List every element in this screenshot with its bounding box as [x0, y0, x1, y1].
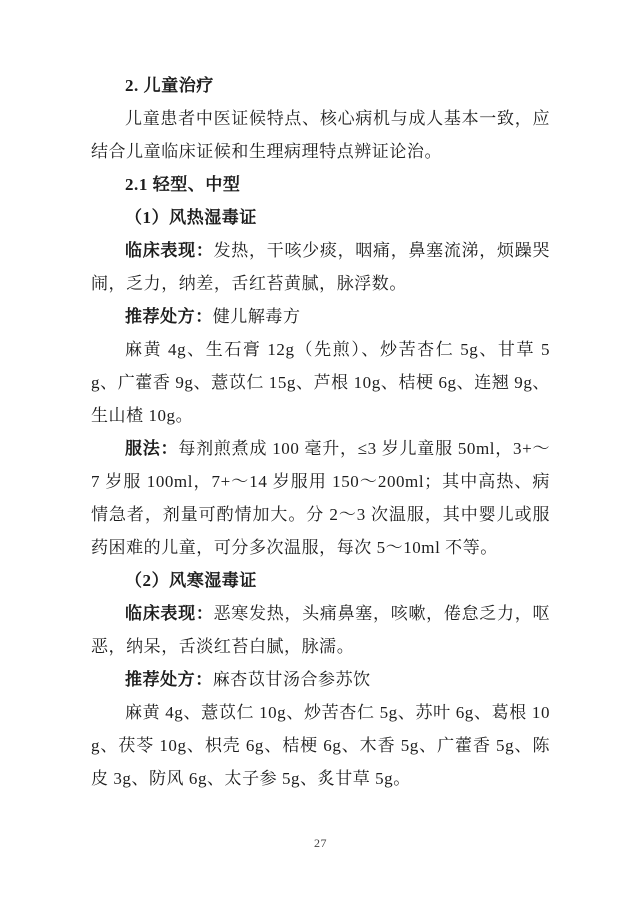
para-recommended-prescription-1: 推荐处方：健儿解毒方: [91, 300, 550, 333]
heading-mild-moderate: 2.1 轻型、中型: [91, 168, 550, 201]
heading-text: （2）风寒湿毒证: [125, 571, 257, 590]
para-lead-label: 服法：: [125, 439, 178, 458]
heading-text: （1）风热湿毒证: [125, 208, 257, 227]
para-text: 麻黄 4g、薏苡仁 10g、炒苦杏仁 5g、苏叶 6g、葛根 10g、茯苓 10…: [91, 703, 550, 788]
para-clinical-manifestation-2: 临床表现：恶寒发热，头痛鼻塞，咳嗽，倦怠乏力，呕恶，纳呆，舌淡红苔白腻，脉濡。: [91, 597, 550, 663]
document-body: 2. 儿童治疗 儿童患者中医证候特点、核心病机与成人基本一致，应结合儿童临床证候…: [91, 69, 550, 795]
para-lead-label: 临床表现：: [125, 604, 214, 623]
document-page: 2. 儿童治疗 儿童患者中医证候特点、核心病机与成人基本一致，应结合儿童临床证候…: [0, 0, 641, 906]
para-herb-list-1: 麻黄 4g、生石膏 12g（先煎）、炒苦杏仁 5g、甘草 5g、广藿香 9g、薏…: [91, 333, 550, 432]
para-intro: 儿童患者中医证候特点、核心病机与成人基本一致，应结合儿童临床证候和生理病理特点辨…: [91, 102, 550, 168]
para-herb-list-2: 麻黄 4g、薏苡仁 10g、炒苦杏仁 5g、苏叶 6g、葛根 10g、茯苓 10…: [91, 696, 550, 795]
page-number: 27: [0, 836, 641, 851]
para-clinical-manifestation-1: 临床表现：发热，干咳少痰，咽痛，鼻塞流涕，烦躁哭闹，乏力，纳差，舌红苔黄腻，脉浮…: [91, 234, 550, 300]
heading-syndrome-wind-heat: （1）风热湿毒证: [91, 201, 550, 234]
para-lead-label: 推荐处方：: [125, 307, 213, 326]
para-text: 麻黄 4g、生石膏 12g（先煎）、炒苦杏仁 5g、甘草 5g、广藿香 9g、薏…: [91, 340, 550, 425]
heading-text: 2. 儿童治疗: [125, 76, 214, 95]
para-text: 健儿解毒方: [213, 307, 301, 326]
para-lead-label: 推荐处方：: [125, 670, 213, 689]
para-recommended-prescription-2: 推荐处方：麻杏苡甘汤合参苏饮: [91, 663, 550, 696]
heading-children-treatment: 2. 儿童治疗: [91, 69, 550, 102]
para-dosage-method: 服法：每剂煎煮成 100 毫升，≤3 岁儿童服 50ml，3+～7 岁服 100…: [91, 432, 550, 564]
para-lead-label: 临床表现：: [125, 241, 214, 260]
para-text: 麻杏苡甘汤合参苏饮: [213, 670, 371, 689]
para-text: 儿童患者中医证候特点、核心病机与成人基本一致，应结合儿童临床证候和生理病理特点辨…: [91, 109, 550, 161]
heading-syndrome-wind-cold: （2）风寒湿毒证: [91, 564, 550, 597]
heading-text: 2.1 轻型、中型: [125, 175, 240, 194]
